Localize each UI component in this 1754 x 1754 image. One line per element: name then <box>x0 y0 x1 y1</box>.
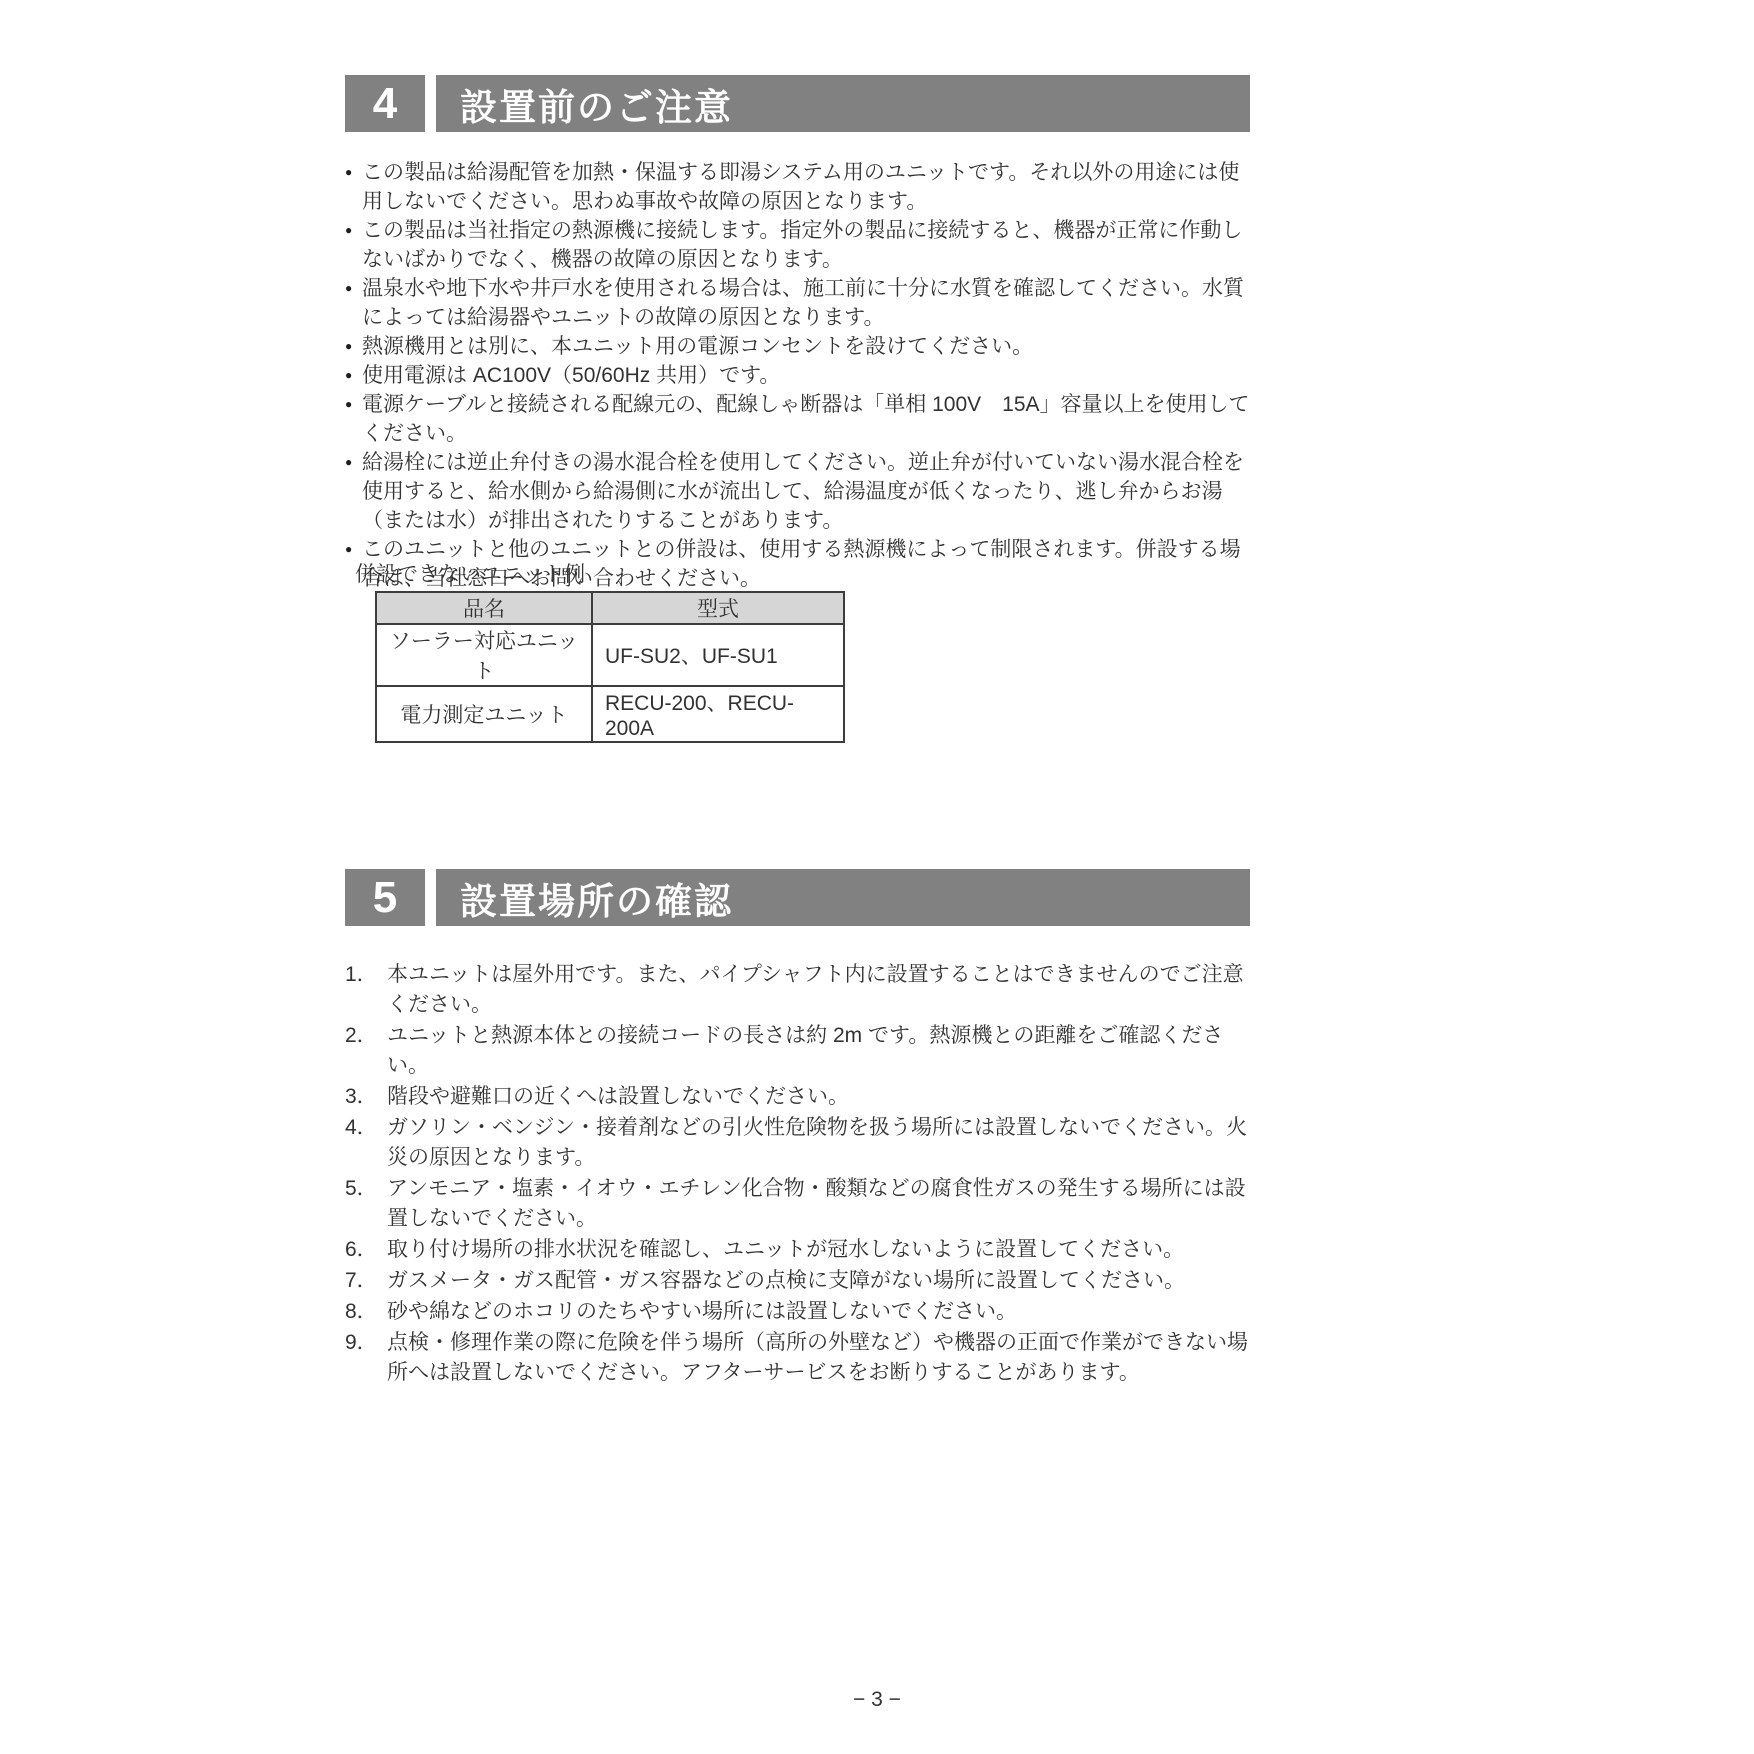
numbered-item: 1． 本ユニットは屋外用です。また、パイプシャフト内に設置することはできませんの… <box>345 960 1250 1020</box>
bullet-text: この製品は当社指定の熱源機に接続します。指定外の製品に接続すると、機器が正常に作… <box>362 216 1250 274</box>
manual-page: 4 設置前のご注意 ● この製品は給湯配管を加熱・保温する即湯システム用のユニッ… <box>0 0 1754 1754</box>
bullet-item: ● この製品は当社指定の熱源機に接続します。指定外の製品に接続すると、機器が正常… <box>345 216 1250 274</box>
bullet-icon: ● <box>345 448 362 535</box>
section-4-title: 設置前のご注意 <box>436 75 1250 132</box>
numbered-item: 7． ガスメータ・ガス配管・ガス容器などの点検に支障がない場所に設置してください… <box>345 1266 1250 1296</box>
numbered-item: 8． 砂や綿などのホコリのたちやすい場所には設置しないでください。 <box>345 1297 1250 1327</box>
item-number: 6． <box>345 1235 387 1265</box>
item-text: 点検・修理作業の際に危険を伴う場所（高所の外壁など）や機器の正面で作業ができない… <box>387 1328 1250 1388</box>
bullet-item: ● この製品は給湯配管を加熱・保温する即湯システム用のユニットです。それ以外の用… <box>345 158 1250 216</box>
item-text: ガソリン・ベンジン・接着剤などの引火性危険物を扱う場所には設置しないでください。… <box>387 1113 1250 1173</box>
bullet-text: 熱源機用とは別に、本ユニット用の電源コンセントを設けてください。 <box>362 332 1250 361</box>
item-number: 4． <box>345 1113 387 1173</box>
incompatible-units-caption: 併設できないユニット例 <box>355 562 585 588</box>
bullet-icon: ● <box>345 274 362 332</box>
item-number: 9． <box>345 1328 387 1388</box>
section-header-gap <box>425 869 436 926</box>
table-row: ソーラー対応ユニット UF-SU2、UF-SU1 <box>376 624 844 686</box>
numbered-item: 3． 階段や避難口の近くへは設置しないでください。 <box>345 1082 1250 1112</box>
item-number: 5． <box>345 1174 387 1234</box>
item-text: アンモニア・塩素・イオウ・エチレン化合物・酸類などの腐食性ガスの発生する場所には… <box>387 1174 1250 1234</box>
section-5-header: 5 設置場所の確認 <box>345 869 1250 926</box>
bullet-item: ● 使用電源は AC100V（50/60Hz 共用）です。 <box>345 361 1250 390</box>
bullet-icon: ● <box>345 332 362 361</box>
numbered-item: 4． ガソリン・ベンジン・接着剤などの引火性危険物を扱う場所には設置しないでくだ… <box>345 1113 1250 1173</box>
item-number: 2． <box>345 1021 387 1081</box>
table-cell-name: 電力測定ユニット <box>376 686 592 742</box>
table-row: 電力測定ユニット RECU-200、RECU-200A <box>376 686 844 742</box>
section-5-title: 設置場所の確認 <box>436 869 1250 926</box>
section-5-number: 5 <box>345 869 425 926</box>
item-text: 階段や避難口の近くへは設置しないでください。 <box>387 1082 1250 1112</box>
numbered-item: 6． 取り付け場所の排水状況を確認し、ユニットが冠水しないように設置してください… <box>345 1235 1250 1265</box>
table-cell-model: UF-SU2、UF-SU1 <box>592 624 844 686</box>
section-4-header: 4 設置前のご注意 <box>345 75 1250 132</box>
table-cell-model: RECU-200、RECU-200A <box>592 686 844 742</box>
item-number: 1． <box>345 960 387 1020</box>
bullet-text: 電源ケーブルと接続される配線元の、配線しゃ断器は「単相 100V 15A」容量以… <box>362 390 1250 448</box>
numbered-item: 9． 点検・修理作業の際に危険を伴う場所（高所の外壁など）や機器の正面で作業がで… <box>345 1328 1250 1388</box>
item-number: 3． <box>345 1082 387 1112</box>
bullet-text: 給湯栓には逆止弁付きの湯水混合栓を使用してください。逆止弁が付いていない湯水混合… <box>362 448 1250 535</box>
bullet-item: ● 電源ケーブルと接続される配線元の、配線しゃ断器は「単相 100V 15A」容… <box>345 390 1250 448</box>
item-text: ユニットと熱源本体との接続コードの長さは約 2m です。熱源機との距離をご確認く… <box>387 1021 1250 1081</box>
section-4-bullet-list: ● この製品は給湯配管を加熱・保温する即湯システム用のユニットです。それ以外の用… <box>345 158 1250 593</box>
item-text: 取り付け場所の排水状況を確認し、ユニットが冠水しないように設置してください。 <box>387 1235 1250 1265</box>
bullet-item: ● 給湯栓には逆止弁付きの湯水混合栓を使用してください。逆止弁が付いていない湯水… <box>345 448 1250 535</box>
bullet-icon: ● <box>345 361 362 390</box>
bullet-text: この製品は給湯配管を加熱・保温する即湯システム用のユニットです。それ以外の用途に… <box>362 158 1250 216</box>
section-header-gap <box>425 75 436 132</box>
bullet-icon: ● <box>345 216 362 274</box>
bullet-item: ● 温泉水や地下水や井戸水を使用される場合は、施工前に十分に水質を確認してくださ… <box>345 274 1250 332</box>
bullet-text: 温泉水や地下水や井戸水を使用される場合は、施工前に十分に水質を確認してください。… <box>362 274 1250 332</box>
item-number: 7． <box>345 1266 387 1296</box>
numbered-item: 2． ユニットと熱源本体との接続コードの長さは約 2m です。熱源機との距離をご… <box>345 1021 1250 1081</box>
item-text: 砂や綿などのホコリのたちやすい場所には設置しないでください。 <box>387 1297 1250 1327</box>
numbered-item: 5． アンモニア・塩素・イオウ・エチレン化合物・酸類などの腐食性ガスの発生する場… <box>345 1174 1250 1234</box>
bullet-icon: ● <box>345 390 362 448</box>
table-header-model: 型式 <box>592 592 844 624</box>
table-cell-name: ソーラー対応ユニット <box>376 624 592 686</box>
item-number: 8． <box>345 1297 387 1327</box>
page-number: − 3 − <box>0 1688 1754 1712</box>
table-header-row: 品名 型式 <box>376 592 844 624</box>
item-text: 本ユニットは屋外用です。また、パイプシャフト内に設置することはできませんのでご注… <box>387 960 1250 1020</box>
section-4-number: 4 <box>345 75 425 132</box>
section-5-numbered-list: 1． 本ユニットは屋外用です。また、パイプシャフト内に設置することはできませんの… <box>345 960 1250 1389</box>
table-header-name: 品名 <box>376 592 592 624</box>
bullet-icon: ● <box>345 158 362 216</box>
incompatible-units-table: 品名 型式 ソーラー対応ユニット UF-SU2、UF-SU1 電力測定ユニット … <box>375 591 845 743</box>
item-text: ガスメータ・ガス配管・ガス容器などの点検に支障がない場所に設置してください。 <box>387 1266 1250 1296</box>
bullet-text: 使用電源は AC100V（50/60Hz 共用）です。 <box>362 361 1250 390</box>
bullet-item: ● 熱源機用とは別に、本ユニット用の電源コンセントを設けてください。 <box>345 332 1250 361</box>
